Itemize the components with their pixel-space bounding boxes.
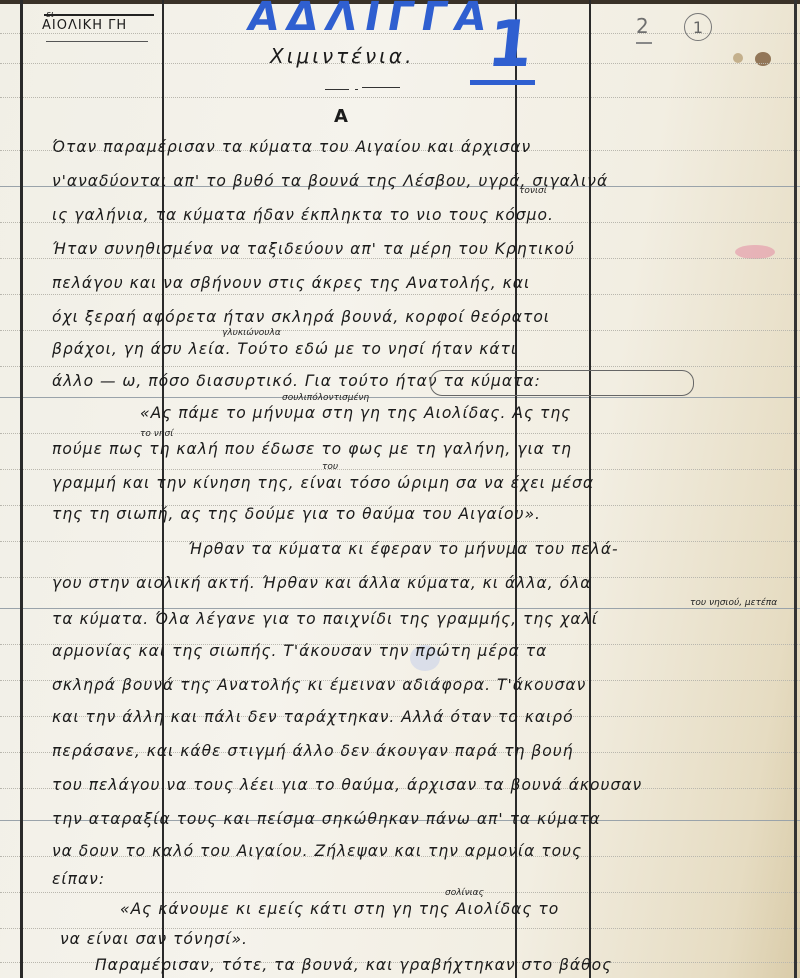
text-line-3: ις γαλήνια, τα κύματα ήδαν έκπληκτα το ν…	[52, 206, 554, 224]
text-line-17: σκληρά βουνά της Ανατολής κι έμειναν αδι…	[52, 676, 586, 694]
circled-page-number: 1	[684, 13, 712, 41]
ruled-line	[0, 97, 800, 98]
coffee-stain-small	[733, 53, 743, 63]
interlinear-note: του νησιού, μετέπα	[690, 598, 777, 608]
interlinear-note: γλυκιώνουλα	[222, 328, 281, 338]
text-line-13: Ήρθαν τα κύματα κι έφεραν το μήνυμα του …	[188, 540, 619, 558]
text-line-12: της τη σιωπή, ας της δούμε για το θαύμα …	[52, 505, 541, 523]
text-line-1: Όταν παραμέρισαν τα κύματα του Αιγαίου κ…	[52, 138, 531, 156]
ruled-line	[0, 608, 800, 609]
page-number-underline	[636, 42, 652, 44]
text-line-20: του πελάγου να τους λέει για το θαύμα, ά…	[52, 776, 642, 794]
ruled-line	[0, 469, 800, 470]
interlinear-note: τονισί	[519, 186, 547, 196]
margin-line-left	[20, 0, 23, 978]
ruled-line	[0, 397, 800, 398]
ruled-line	[0, 892, 800, 893]
interlinear-note: το νησί	[140, 429, 173, 439]
ruled-line	[0, 433, 800, 434]
text-line-22: να δουν το καλό του Αιγαίου. Ζήλεψαν και…	[52, 842, 582, 860]
text-line-19: περάσανε, και κάθε στιγμή άλλο δεν άκουγ…	[52, 742, 574, 760]
header-label-box: ει ΑΙΟΛΙΚΗ ΓΗ	[52, 14, 160, 38]
text-line-9: «Ας πάμε το μήνυμα στη γη της Αιολίδας. …	[140, 404, 571, 422]
text-line-18: και την άλλη και πάλι δεν ταράχτηκαν. Αλ…	[52, 708, 574, 726]
text-line-6: όχι ξεραή αφόρετα ήταν σκληρά βουνά, κορ…	[52, 308, 550, 326]
ruled-line	[0, 928, 800, 929]
blue-pencil-number: 1	[484, 8, 536, 82]
manuscript-page: ει ΑΙΟΛΙΚΗ ΓΗ ΑΔΛΙΓΓΑ 1 2 1 Χιμιντένια. …	[0, 0, 800, 978]
text-line-26: Παραμέρισαν, τότε, τα βουνά, και γραβήχτ…	[95, 956, 612, 974]
ruled-line	[0, 294, 800, 295]
blue-pencil-heading: ΑΔΛΙΓΓΑ	[244, 0, 498, 40]
title-ornament	[362, 87, 400, 88]
text-line-7: βράχοι, γη άσυ λεία. Τούτο εδώ με το νησ…	[52, 340, 517, 358]
interlinear-note: σουλιπόλοντισμένη	[282, 393, 369, 403]
manuscript-title: Χιμιντένια.	[270, 44, 414, 68]
text-line-16: αρμονίας και της σιωπής. Τ'άκουσαν την π…	[52, 642, 547, 660]
text-line-25: να είναι σαν τόνησί».	[60, 930, 248, 948]
interlinear-note: σολίνιας	[445, 888, 484, 898]
text-line-5: πελάγου και να σβήνουν στις άκρες της Αν…	[52, 274, 530, 292]
text-line-15: τα κύματα. Όλα λέγανε για το παιχνίδι τη…	[52, 610, 598, 628]
ruled-line	[0, 330, 800, 331]
page-edge-right	[794, 0, 797, 978]
section-marker: Α	[334, 106, 349, 127]
ruled-line	[0, 366, 800, 367]
interlinear-note: του	[322, 462, 338, 472]
text-line-4: Ήταν συνηθισμένα να ταξιδεύουν απ' τα μέ…	[52, 240, 575, 258]
red-ink-stain	[735, 245, 775, 259]
circled-phrase	[430, 370, 694, 396]
text-line-23: είπαν:	[52, 870, 105, 888]
blue-underline	[470, 80, 535, 85]
title-ornament	[355, 89, 358, 90]
page-number-pencil: 2	[636, 14, 649, 38]
header-label: ΑΙΟΛΙΚΗ ΓΗ	[42, 18, 127, 33]
text-line-10: πούμε πως τη καλή που έδωσε το φως με τη…	[52, 440, 572, 458]
ruled-line	[0, 258, 800, 259]
text-line-24: «Ας κάνουμε κι εμείς κάτι στη γη της Αιο…	[120, 900, 559, 918]
text-line-21: την αταραξία τους και πείσμα σηκώθηκαν π…	[52, 810, 601, 828]
title-ornament	[325, 89, 349, 90]
text-line-14: γου στην αιολική ακτή. Ήρθαν και άλλα κύ…	[52, 574, 591, 592]
text-line-11: γραμμή και την κίνηση της, είναι τόσο ώρ…	[52, 474, 594, 492]
